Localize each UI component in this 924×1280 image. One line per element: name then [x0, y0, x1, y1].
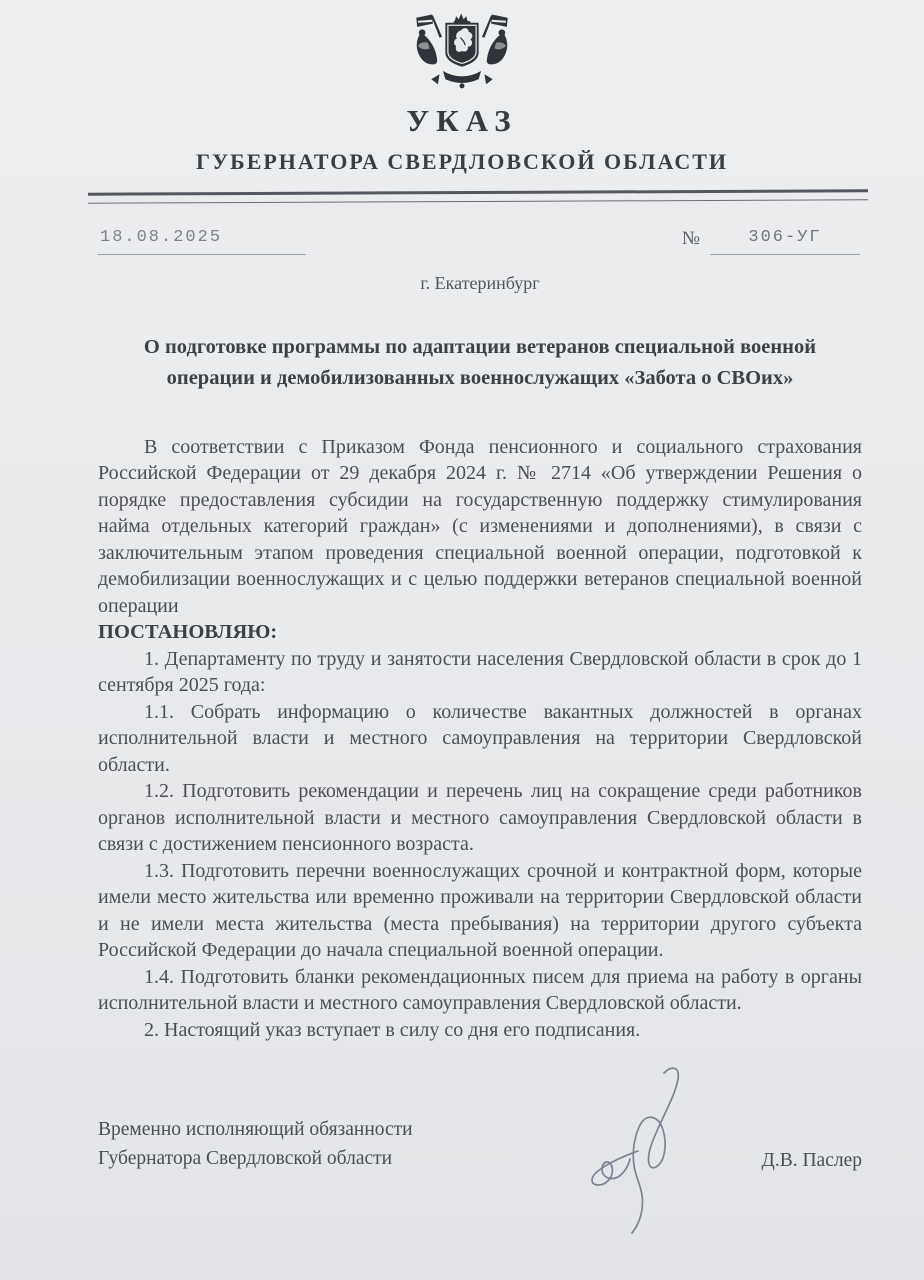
decree-body: В соответствии с Приказом Фонда пенсионн… [98, 434, 862, 1044]
decree-item-1-2: 1.2. Подготовить рекомендации и перечень… [98, 778, 862, 858]
signatory-position-line2: Губернатора Свердловской области [98, 1144, 413, 1173]
signatory-name: Д.В. Паслер [762, 1150, 862, 1173]
city-label: г. Екатеринбург [98, 273, 862, 294]
header-divider [88, 189, 868, 203]
number-value: 306-УГ [710, 228, 860, 255]
decree-item-2: 2. Настоящий указ вступает в силу со дня… [98, 1017, 862, 1044]
intro-paragraph: В соответствии с Приказом Фонда пенсионн… [98, 434, 862, 620]
signatory-position-line1: Временно исполняющий обязанности [98, 1115, 413, 1144]
decree-item-1-1: 1.1. Собрать информацию о количестве вак… [98, 699, 862, 779]
decree-item-1: 1. Департаменту по труду и занятости нас… [98, 646, 862, 699]
decree-subtitle: ГУБЕРНАТОРА СВЕРДЛОВСКОЙ ОБЛАСТИ [0, 149, 924, 175]
number-field: № 306-УГ [682, 228, 860, 255]
signature-block: Временно исполняющий обязанности Губерна… [98, 1115, 862, 1173]
coat-of-arms-icon [408, 8, 516, 94]
signatory-position: Временно исполняющий обязанности Губерна… [98, 1115, 413, 1173]
document-page: УКАЗ ГУБЕРНАТОРА СВЕРДЛОВСКОЙ ОБЛАСТИ 18… [0, 0, 924, 1280]
resolution-word: ПОСТАНОВЛЯЮ: [98, 619, 862, 646]
decree-item-1-3: 1.3. Подготовить перечни военнослужащих … [98, 858, 862, 964]
date-field: 18.08.2025 [98, 228, 306, 255]
decree-item-1-4: 1.4. Подготовить бланки рекомендационных… [98, 964, 862, 1017]
document-header [0, 0, 924, 99]
number-label: № [682, 228, 700, 255]
meta-row: 18.08.2025 № 306-УГ [98, 228, 862, 255]
signature-scribble-icon [568, 1055, 718, 1240]
decree-title: УКАЗ [0, 103, 924, 139]
subject-title: О подготовке программы по адаптации вете… [98, 332, 862, 394]
